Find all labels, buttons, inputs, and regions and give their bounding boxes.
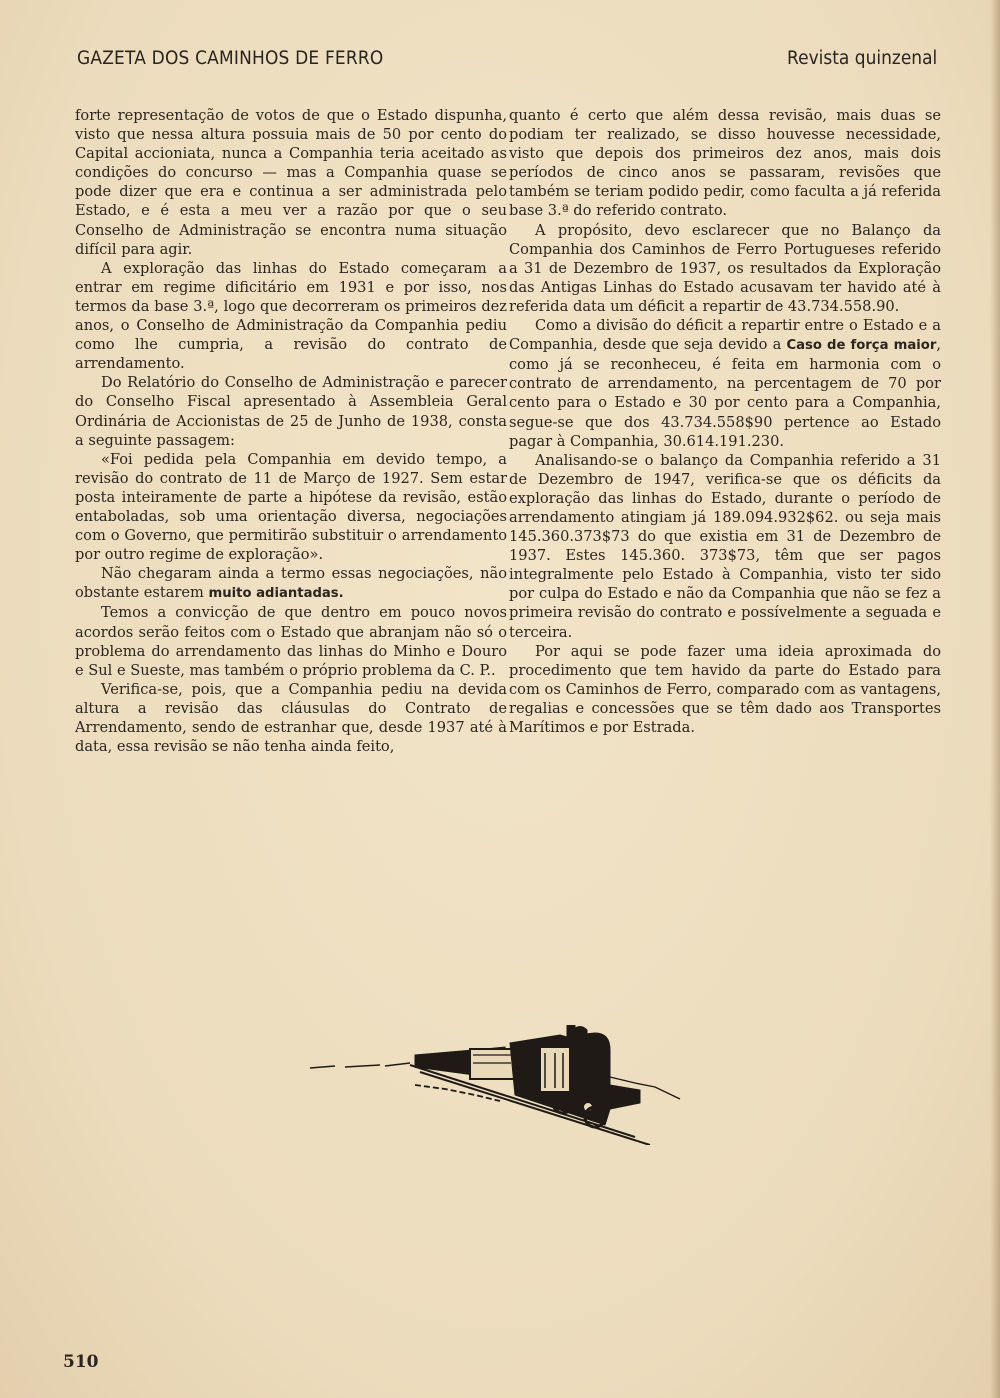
right-column: quanto é certo que além dessa revisão, m… xyxy=(509,106,941,737)
paragraph: Não chegaram ainda a termo essas negocia… xyxy=(75,564,507,603)
paragraph: Verifica-se, pois, que a Companhia pediu… xyxy=(75,680,507,756)
steam-train-illustration-icon xyxy=(305,1025,690,1145)
page-edge-shadow xyxy=(990,0,1000,1398)
emphasis-text: muito adiantadas. xyxy=(209,586,344,601)
paragraph: Do Relatório do Conselho de Administraçã… xyxy=(75,373,507,449)
paragraph-text: , como já se reconheceu, é feita em harm… xyxy=(509,336,941,449)
emphasis-text: Caso de força maior xyxy=(786,338,936,353)
page-number: 510 xyxy=(63,1352,99,1372)
paragraph: forte representação de votos de que o Es… xyxy=(75,106,507,259)
paragraph: Como a divisão do déficit a repartir ent… xyxy=(509,316,941,451)
left-column: forte representação de votos de que o Es… xyxy=(75,106,507,756)
paragraph: Analisando-se o balanço da Companhia ref… xyxy=(509,451,941,642)
publication-title: GAZETA DOS CAMINHOS DE FERRO xyxy=(77,48,383,69)
magazine-page: GAZETA DOS CAMINHOS DE FERRO Revista qui… xyxy=(0,0,1000,1398)
paragraph: Temos a convicção de que dentro em pouco… xyxy=(75,603,507,679)
quoted-passage: «Foi pedida pela Companhia em devido tem… xyxy=(75,450,507,565)
paragraph: A exploração das linhas do Estado começa… xyxy=(75,259,507,374)
paragraph: quanto é certo que além dessa revisão, m… xyxy=(509,106,941,221)
publication-subtitle: Revista quinzenal xyxy=(787,48,937,69)
paragraph: Por aqui se pode fazer uma ideia aproxim… xyxy=(509,642,941,737)
paragraph: A propósito, devo esclarecer que no Bala… xyxy=(509,221,941,316)
running-header: GAZETA DOS CAMINHOS DE FERRO Revista qui… xyxy=(77,48,937,74)
